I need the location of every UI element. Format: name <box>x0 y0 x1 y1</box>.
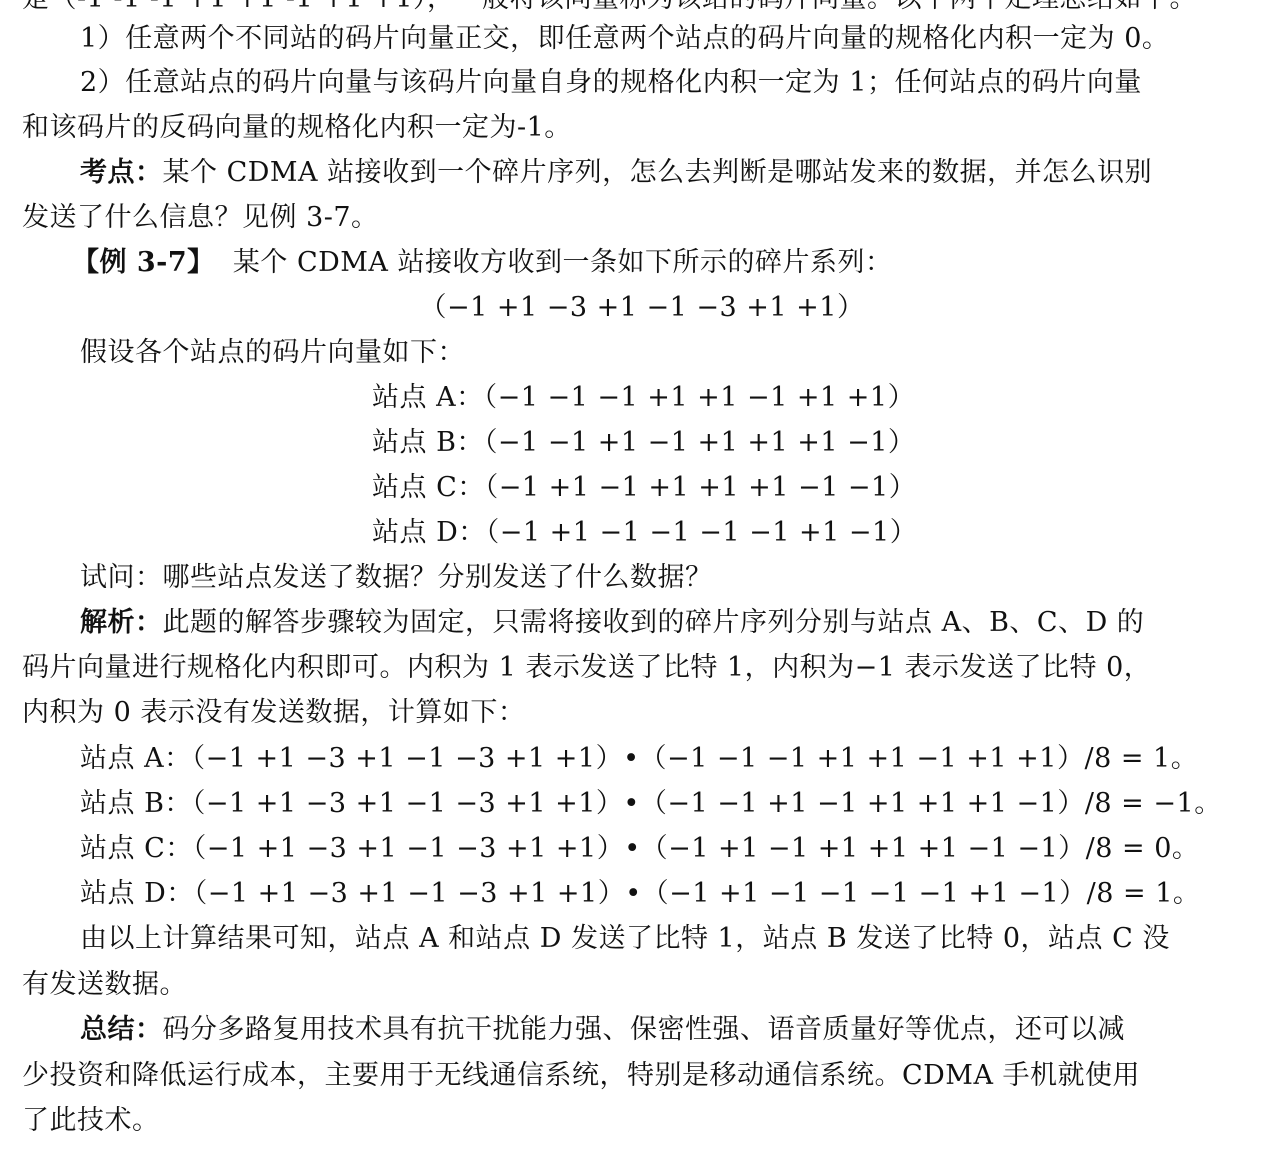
jiexi-label: 解析： <box>80 607 163 638</box>
assume-text: 假设各个站点的码片向量如下： <box>80 336 465 370</box>
kaodian-paragraph: 考点：某个 CDMA 站接收到一个碎片序列，怎么去判断是哪站发来的数据，并怎么识… <box>80 156 1152 190</box>
jiexi-paragraph: 解析：此题的解答步骤较为固定，只需将接收到的碎片序列分别与站点 A、B、C、D … <box>80 606 1144 640</box>
conclusion-line-1: 由以上计算结果可知，站点 A 和站点 D 发送了比特 1，站点 B 发送了比特 … <box>80 922 1170 956</box>
station-label: 站点 D： <box>372 517 486 548</box>
zongjie-line-2: 少投资和降低运行成本，主要用于无线通信系统，特别是移动通信系统。CDMA 手机就… <box>22 1059 1140 1093</box>
example-heading: 【例 3-7】 某个 CDMA 站接收方收到一条如下所示的碎片系列： <box>72 246 892 280</box>
station-vector: （−1 −1 +1 −1 +1 +1 +1 −1） <box>484 427 916 458</box>
zongjie-text: 码分多路复用技术具有抗干扰能力强、保密性强、语音质量好等优点，还可以减 <box>163 1014 1126 1045</box>
zongjie-label: 总结： <box>80 1014 163 1045</box>
calculation-b: 站点 B：（−1 +1 −3 +1 −1 −3 +1 +1）•（−1 −1 +1… <box>80 787 1222 821</box>
station-vector-c: 站点 C：（−1 +1 −1 +1 +1 +1 −1 −1） <box>372 471 916 505</box>
station-label: 站点 B： <box>372 427 484 458</box>
station-vector: （−1 −1 −1 +1 +1 −1 +1 +1） <box>484 382 916 413</box>
station-label: 站点 C： <box>372 472 485 503</box>
theorem-2-line-1: 2）任意站点的码片向量与该码片向量自身的规格化内积一定为 1；任何站点的码片向量 <box>80 66 1142 100</box>
theorem-2-line-2: 和该码片的反码向量的规格化内积一定为-1。 <box>22 111 572 145</box>
kaodian-line-2: 发送了什么信息？见例 3-7。 <box>22 201 379 235</box>
station-vector: （−1 +1 −1 +1 +1 +1 −1 −1） <box>485 472 917 503</box>
example-label: 【例 3-7】 <box>72 247 215 278</box>
station-vector-b: 站点 B：（−1 −1 +1 −1 +1 +1 +1 −1） <box>372 426 915 460</box>
conclusion-line-2: 有发送数据。 <box>22 968 187 1002</box>
calculation-d: 站点 D：（−1 +1 −3 +1 −1 −3 +1 +1）•（−1 +1 −1… <box>80 877 1200 911</box>
calculation-a: 站点 A：（−1 +1 −3 +1 −1 −3 +1 +1）•（−1 −1 −1… <box>80 742 1198 776</box>
received-sequence: （−1 +1 −3 +1 −1 −3 +1 +1） <box>0 291 1284 325</box>
station-vector: （−1 +1 −1 −1 −1 −1 +1 −1） <box>486 517 918 548</box>
jiexi-line-2: 码片向量进行规格化内积即可。内积为 1 表示发送了比特 1，内积为−1 表示发送… <box>22 651 1151 685</box>
calculation-c: 站点 C：（−1 +1 −3 +1 −1 −3 +1 +1）•（−1 +1 −1… <box>80 832 1199 866</box>
zongjie-paragraph: 总结：码分多路复用技术具有抗干扰能力强、保密性强、语音质量好等优点，还可以减 <box>80 1013 1125 1047</box>
station-label: 站点 A： <box>372 382 484 413</box>
top-partial-line: 是（-1 -1 -1 +1 +1 -1 +1 +1），一般将该向量称为该站的码片… <box>22 0 1197 16</box>
zongjie-line-3: 了此技术。 <box>22 1104 160 1138</box>
document-page: 是（-1 -1 -1 +1 +1 -1 +1 +1），一般将该向量称为该站的码片… <box>0 0 1284 1158</box>
kaodian-label: 考点： <box>80 157 163 188</box>
jiexi-text: 此题的解答步骤较为固定，只需将接收到的碎片序列分别与站点 A、B、C、D 的 <box>163 607 1145 638</box>
jiexi-line-3: 内积为 0 表示没有发送数据，计算如下： <box>22 696 525 730</box>
station-vector-a: 站点 A：（−1 −1 −1 +1 +1 −1 +1 +1） <box>372 381 915 415</box>
question: 试问：哪些站点发送了数据？分别发送了什么数据？ <box>80 561 713 595</box>
example-text: 某个 CDMA 站接收方收到一条如下所示的碎片系列： <box>233 247 893 278</box>
station-vector-d: 站点 D：（−1 +1 −1 −1 −1 −1 +1 −1） <box>372 516 917 550</box>
theorem-1: 1）任意两个不同站的码片向量正交，即任意两个站点的码片向量的规格化内积一定为 0… <box>80 22 1169 56</box>
kaodian-text: 某个 CDMA 站接收到一个碎片序列，怎么去判断是哪站发来的数据，并怎么识别 <box>163 157 1153 188</box>
